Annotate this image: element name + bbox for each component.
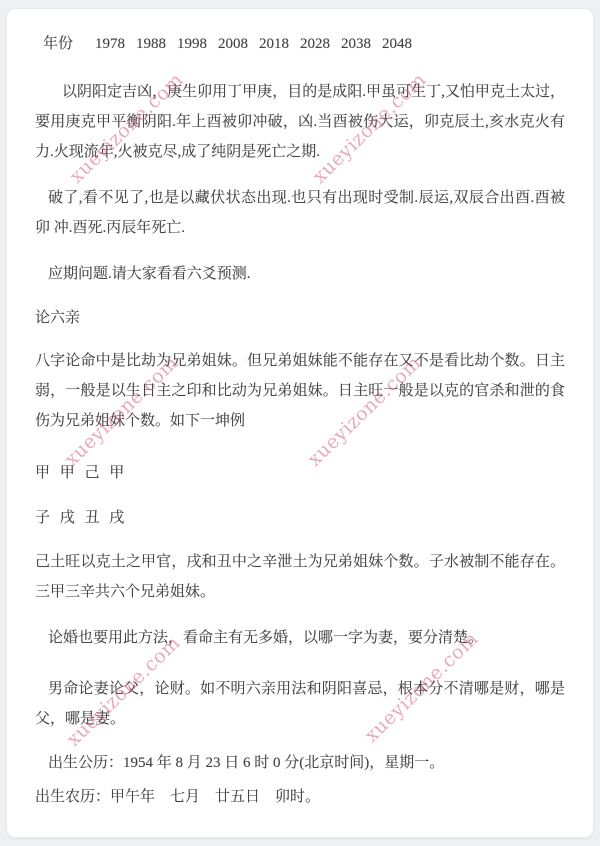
year-cell: 2038 (341, 29, 371, 59)
year-row: 年份 19781988199820082018202820382048 (35, 29, 565, 59)
year-cell: 2048 (382, 29, 412, 59)
paragraph-timing-question: 应期问题.请大家看看六爻预测. (35, 259, 565, 289)
year-row-label: 年份 (43, 29, 73, 59)
paragraph-marriage-method: 论婚也要用此方法，看命主有无多婚，以哪一字为妻，要分清楚。 (35, 623, 565, 653)
year-cell: 2028 (300, 29, 330, 59)
document-page: 年份 19781988199820082018202820382048 以阴阳定… (6, 8, 594, 838)
birth-gregorian-line: 出生公历：1954 年 8 月 23 日 6 时 0 分(北京时间)，星期一。 (35, 748, 565, 778)
bazi-heavenly-stems: 甲 甲 己 甲 (35, 458, 565, 488)
paragraph-hidden-state: 破了,看不见了,也是以藏伏状态出现.也只有出现时受制.辰运,双辰合出酉.酉被卯 … (35, 183, 565, 243)
paragraph-siblings-theory: 八字论命中是比劫为兄弟姐妹。但兄弟姐妹能不能存在又不是看比劫个数。日主弱，一般是… (35, 346, 565, 436)
paragraph-male-fate: 男命论妻论父，论财。如不明六亲用法和阴阳喜忌，根本分不清哪是财，哪是父，哪是妻。 (35, 674, 565, 734)
birth-lunar-line: 出生农历：甲午年 七月 廿五日 卯时。 (35, 782, 565, 812)
year-cell: 2018 (259, 29, 289, 59)
paragraph-jitu-analysis: 己土旺以克土之甲官，戌和丑中之辛泄土为兄弟姐妹个数。子水被制不能存在。三甲三辛共… (35, 547, 565, 607)
paragraph-yinyang-judgment: 以阴阳定吉凶，庚生卯用丁甲庚，目的是成阳.甲虽可生丁,又怕甲克土太过，要用庚克甲… (35, 77, 565, 167)
year-cell: 1978 (95, 29, 125, 59)
year-row-values: 19781988199820082018202820382048 (95, 29, 412, 59)
year-cell: 2008 (218, 29, 248, 59)
year-cell: 1998 (177, 29, 207, 59)
bazi-earthly-branches: 子 戌 丑 戌 (35, 503, 565, 533)
section-heading-liuqin: 论六亲 (35, 303, 565, 333)
year-cell: 1988 (136, 29, 166, 59)
